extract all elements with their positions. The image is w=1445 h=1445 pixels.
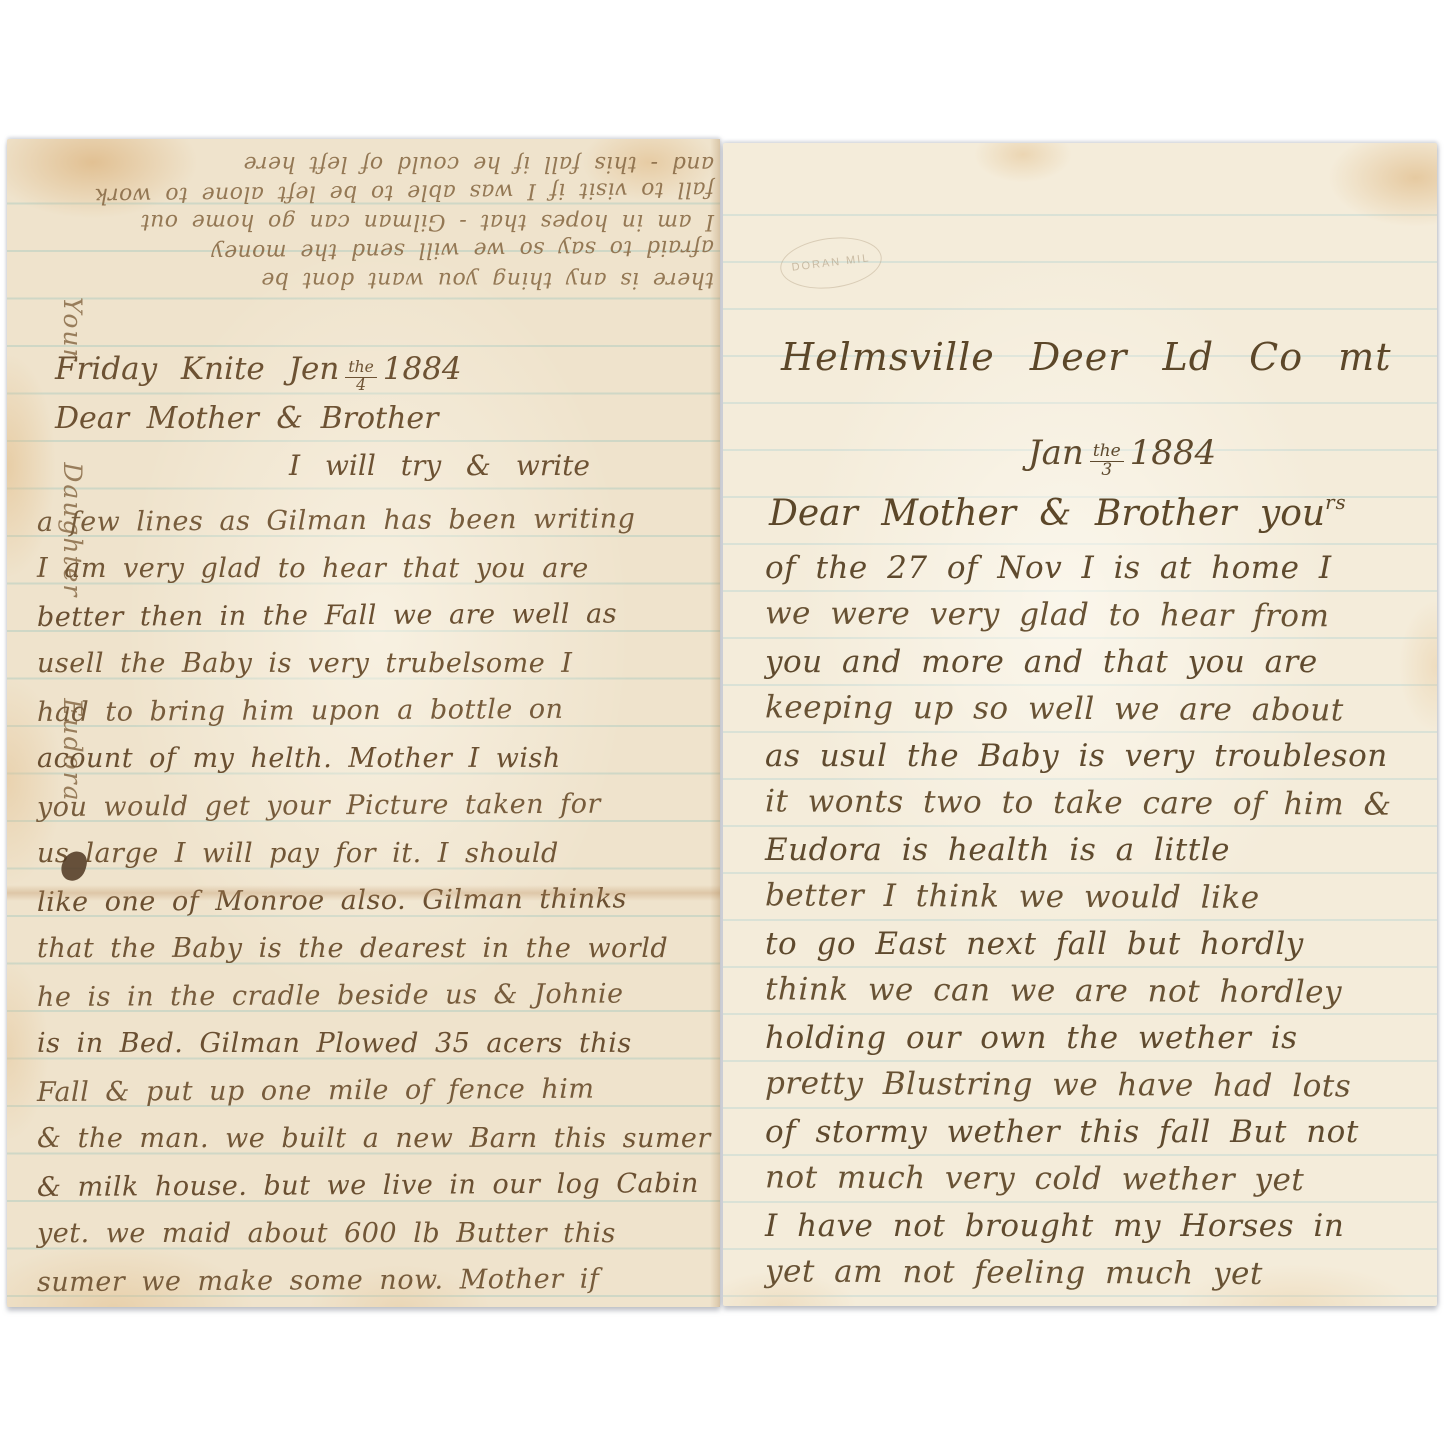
letter-line: sumer we make some now. Mother if — [37, 1255, 711, 1307]
letter-line: and - this fall if he could of left here — [22, 149, 714, 178]
left-date-sup: the — [345, 360, 376, 378]
letter-line: you would get your Picture taken for — [37, 780, 711, 832]
letter-line: fall to visit if I was able to be left a… — [22, 174, 714, 210]
right-date-line: Janthe31884 — [1028, 433, 1216, 479]
letter-line: afraid to say so we will send the money — [22, 232, 714, 268]
right-salutation-sup: rs — [1325, 491, 1347, 514]
letter-line: I have not brought my Horses in — [765, 1203, 1392, 1250]
right-salutation: Dear Mother & Brother yours — [769, 491, 1347, 534]
letter-line: of stormy wether this fall But not — [765, 1109, 1392, 1156]
letter-line: that the Baby is the dearest in the worl… — [37, 925, 711, 973]
left-date-stack: the4 — [345, 360, 376, 393]
letter-line: it wonts two to take care of him & — [765, 778, 1392, 828]
left-opening-line: I will try & write — [289, 449, 590, 482]
right-page-body: of the 27 of Nov I is at home Iwe were v… — [765, 545, 1392, 1297]
letter-line: & the man. we built a new Barn this sume… — [37, 1115, 711, 1163]
left-salutation: Dear Mother & Brother — [55, 401, 439, 436]
letter-line: Eudora is health is a little — [765, 827, 1392, 874]
left-date-line: Friday Knite Jenthe41884 — [55, 351, 462, 393]
letter-line: as usul the Baby is very troubleson — [765, 733, 1392, 780]
letter-line: acount of my helth. Mother I wish — [37, 735, 711, 783]
letter-line: keeping up so well we are about — [765, 684, 1392, 734]
fold-crease — [7, 885, 720, 901]
letter-line: think we can we are not hordley — [765, 966, 1392, 1016]
letter-line: you and more and that you are — [765, 639, 1392, 686]
left-page: there is any thing you want dont beafrai… — [7, 139, 720, 1307]
letter-line: is in Bed. Gilman Plowed 35 acers this — [37, 1020, 711, 1068]
letter-line: yet am not feeling much yet — [765, 1248, 1392, 1298]
letter-line: I am very glad to hear that you are — [37, 545, 711, 593]
letter-line: & milk house. but we live in our log Cab… — [37, 1160, 711, 1212]
right-date-word: Jan — [1028, 433, 1084, 473]
letter-line: had to bring him upon a bottle on — [37, 685, 711, 737]
left-date-day: 4 — [356, 378, 366, 394]
letter-line: yet. we maid about 600 lb Butter this — [37, 1210, 711, 1258]
right-salutation-text: Dear Mother & Brother you — [769, 493, 1325, 534]
right-header-line: Helmsville Deer Ld Co mt — [781, 335, 1391, 379]
letter-line: we were very glad to hear from — [765, 590, 1392, 640]
letter-line: Fall & put up one mile of fence him — [37, 1065, 711, 1117]
letter-line: a few lines as Gilman has been writing — [37, 495, 711, 547]
letter-line: better I think we would like — [765, 872, 1392, 922]
letter-line: us large I will pay for it. I should — [37, 830, 711, 878]
letter-line: of the 27 of Nov I is at home I — [765, 545, 1392, 592]
right-date-year: 1884 — [1130, 433, 1217, 473]
letter-line: usell the Baby is very trubelsome I — [37, 640, 711, 688]
left-date-year: 1884 — [383, 351, 462, 387]
letter-scan: { "document": { "description": "Two-page… — [0, 0, 1445, 1445]
inverted-postscript: there is any thing you want dont beafrai… — [22, 149, 714, 294]
right-date-day: 3 — [1101, 462, 1112, 479]
letter-line: there is any thing you want dont be — [22, 265, 714, 294]
letter-line: better then in the Fall we are well as — [37, 590, 711, 642]
letter-line: I am in hopes that - Gilman can go home … — [22, 207, 714, 236]
letter-line: not much very cold wether yet — [765, 1154, 1392, 1204]
letter-line: to go East next fall but hordly — [765, 921, 1392, 968]
letter-line: he is in the cradle beside us & Johnie — [37, 970, 711, 1022]
right-page: DORAN MIL Helmsville Deer Ld Co mt Janth… — [723, 143, 1437, 1306]
right-date-stack: the3 — [1090, 443, 1124, 479]
embossed-stamp: DORAN MIL — [777, 232, 884, 294]
letter-line: holding our own the wether is — [765, 1015, 1392, 1062]
left-date-prefix: Friday Knite Jen — [55, 351, 339, 387]
letter-line: pretty Blustring we have had lots — [765, 1060, 1392, 1110]
